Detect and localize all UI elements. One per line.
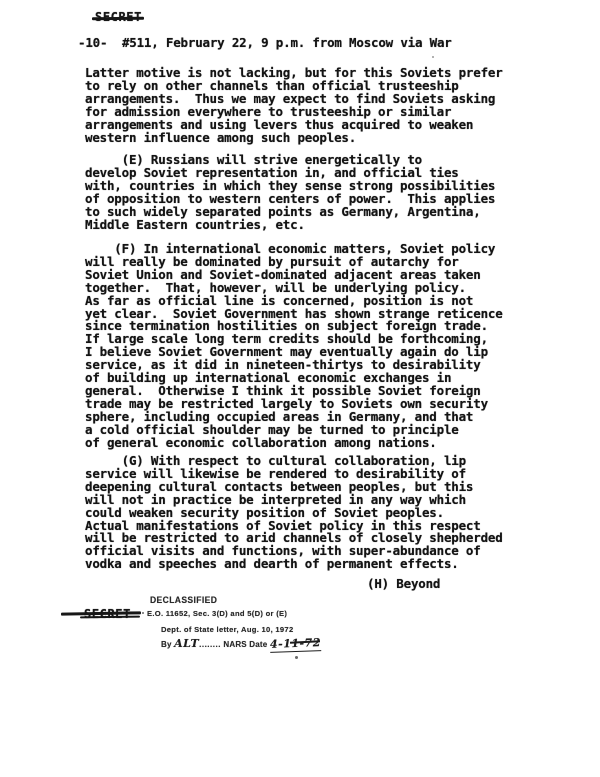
scan-speck bbox=[432, 56, 434, 58]
paragraph-section-g: (G) With respect to cultural collaborati… bbox=[85, 455, 545, 571]
strikethrough-line-top bbox=[92, 17, 144, 20]
paragraph-section-e: (E) Russians will strive energetically t… bbox=[85, 154, 545, 231]
declassified-stamp-title: DECLASSIFIED bbox=[150, 595, 217, 605]
declassified-stamp-dept-line: Dept. of State letter, Aug. 10, 1972 bbox=[161, 625, 293, 634]
page-header: -10- #511, February 22, 9 p.m. from Mosc… bbox=[78, 37, 452, 50]
scan-speck bbox=[142, 612, 144, 614]
by-date-handwritten: 4-11-72 bbox=[270, 636, 321, 653]
by-initials-handwritten: ALT bbox=[174, 637, 199, 650]
declassified-stamp-by-line: By ALT........ NARS Date 4-11-72 bbox=[161, 637, 321, 652]
by-dots: ........ bbox=[199, 640, 221, 649]
paragraph-trusteeship: Latter motive is not lacking, but for th… bbox=[85, 67, 545, 144]
scan-speck bbox=[295, 656, 298, 659]
by-prefix: By bbox=[161, 640, 172, 649]
paragraph-section-f: (F) In international economic matters, S… bbox=[85, 243, 545, 450]
document-page: SECRET -10- #511, February 22, 9 p.m. fr… bbox=[0, 0, 600, 777]
signature-line: (H) Beyond bbox=[367, 578, 440, 591]
by-mid: NARS Date bbox=[223, 640, 267, 649]
declassified-stamp-eo-line: E.O. 11652, Sec. 3(D) and 5(D) or (E) bbox=[147, 609, 287, 618]
